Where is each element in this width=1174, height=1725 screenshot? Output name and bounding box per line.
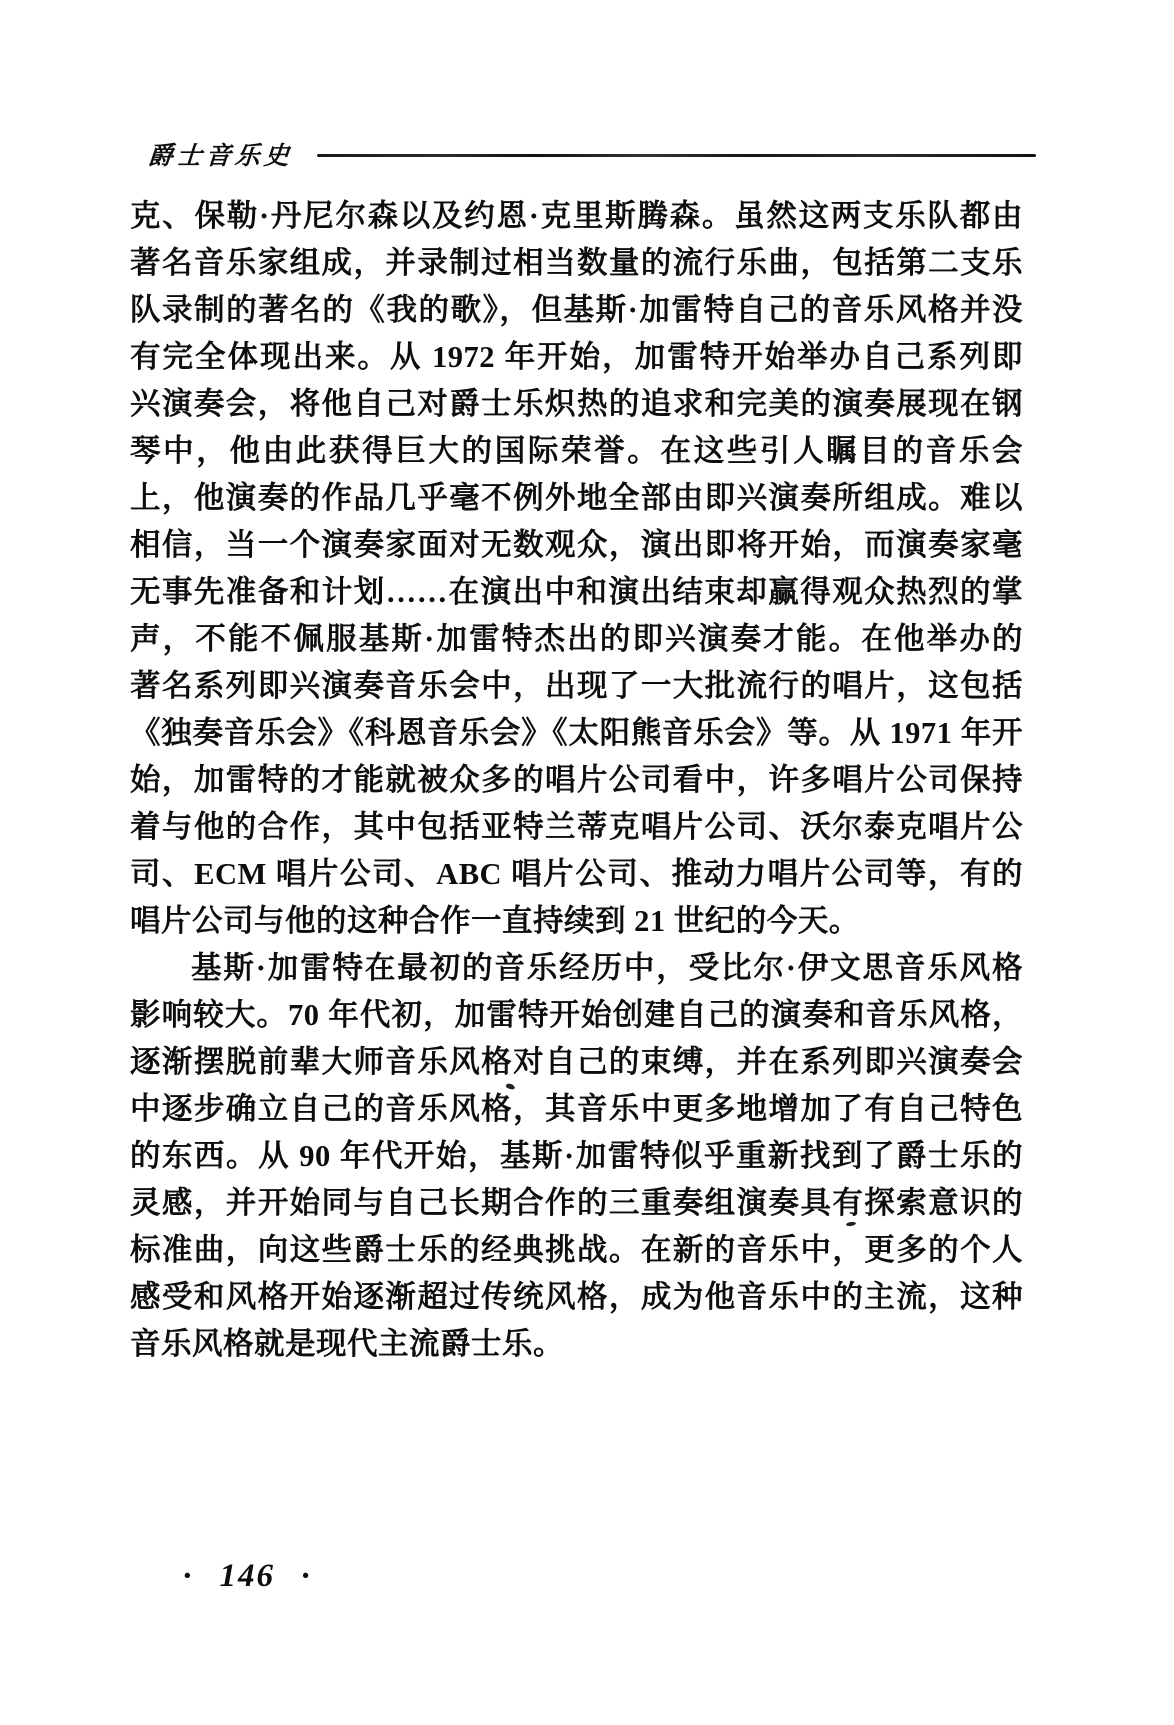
- page-header: 爵士音乐史: [148, 138, 1036, 170]
- text-line: 基斯·加雷特在最初的音乐经历中，受比尔·伊文思音乐风格: [130, 945, 1023, 992]
- text-line: 感受和风格开始逐渐超过传统风格，成为他音乐中的主流，这种: [130, 1274, 1023, 1321]
- text-line: 相信，当一个演奏家面对无数观众，演出即将开始，而演奏家毫: [130, 522, 1023, 569]
- body-text: 克、保勒·丹尼尔森以及约恩·克里斯腾森。虽然这两支乐队都由著名音乐家组成，并录制…: [130, 193, 1023, 1368]
- text-line: 著名音乐家组成，并录制过相当数量的流行乐曲，包括第二支乐: [130, 240, 1023, 287]
- running-title: 爵士音乐史: [147, 136, 295, 172]
- page-footer: · 146 ·: [183, 1558, 312, 1595]
- text-line: 司、ECM 唱片公司、ABC 唱片公司、推动力唱片公司等，有的: [130, 851, 1023, 898]
- text-line: 音乐风格就是现代主流爵士乐。: [130, 1321, 1023, 1368]
- text-line: 唱片公司与他的这种合作一直持续到 21 世纪的今天。: [130, 898, 1023, 945]
- text-line: 队录制的著名的《我的歌》，但基斯·加雷特自己的音乐风格并没: [130, 287, 1023, 334]
- text-line: 琴中，他由此获得巨大的国际荣誉。在这些引人瞩目的音乐会: [130, 428, 1023, 475]
- text-line: 无事先准备和计划……在演出中和演出结束却赢得观众热烈的掌: [130, 569, 1023, 616]
- text-line: 标准曲，向这些爵士乐的经典挑战。在新的音乐中，更多的个人: [130, 1227, 1023, 1274]
- text-line: 影响较大。70 年代初，加雷特开始创建自己的演奏和音乐风格，: [130, 992, 1023, 1039]
- text-line: 上，他演奏的作品几乎毫不例外地全部由即兴演奏所组成。难以: [130, 475, 1023, 522]
- text-line: 始，加雷特的才能就被众多的唱片公司看中，许多唱片公司保持: [130, 757, 1023, 804]
- text-line: 著名系列即兴演奏音乐会中，出现了一大批流行的唱片，这包括: [130, 663, 1023, 710]
- text-line: 的东西。从 90 年代开始，基斯·加雷特似乎重新找到了爵士乐的: [130, 1133, 1023, 1180]
- text-line: 声，不能不佩服基斯·加雷特杰出的即兴演奏才能。在他举办的: [130, 616, 1023, 663]
- text-line: 兴演奏会，将他自己对爵士乐炽热的追求和完美的演奏展现在钢: [130, 381, 1023, 428]
- page-number: · 146 ·: [183, 1558, 312, 1594]
- text-line: 有完全体现出来。从 1972 年开始，加雷特开始举办自己系列即: [130, 334, 1023, 381]
- text-line: 灵感，并开始同与自己长期合作的三重奏组演奏具有探索意识的: [130, 1180, 1023, 1227]
- book-page: 爵士音乐史 克、保勒·丹尼尔森以及约恩·克里斯腾森。虽然这两支乐队都由著名音乐家…: [0, 0, 1174, 1725]
- text-line: 着与他的合作，其中包括亚特兰蒂克唱片公司、沃尔泰克唱片公: [130, 804, 1023, 851]
- text-line: 《独奏音乐会》《科恩音乐会》《太阳熊音乐会》等。从 1971 年开: [130, 710, 1023, 757]
- text-line: 中逐步确立自己的音乐风格，其音乐中更多地增加了有自己特色: [130, 1086, 1023, 1133]
- text-line: 克、保勒·丹尼尔森以及约恩·克里斯腾森。虽然这两支乐队都由: [130, 193, 1023, 240]
- header-rule: [317, 154, 1036, 157]
- text-line: 逐渐摆脱前辈大师音乐风格对自己的束缚，并在系列即兴演奏会: [130, 1039, 1023, 1086]
